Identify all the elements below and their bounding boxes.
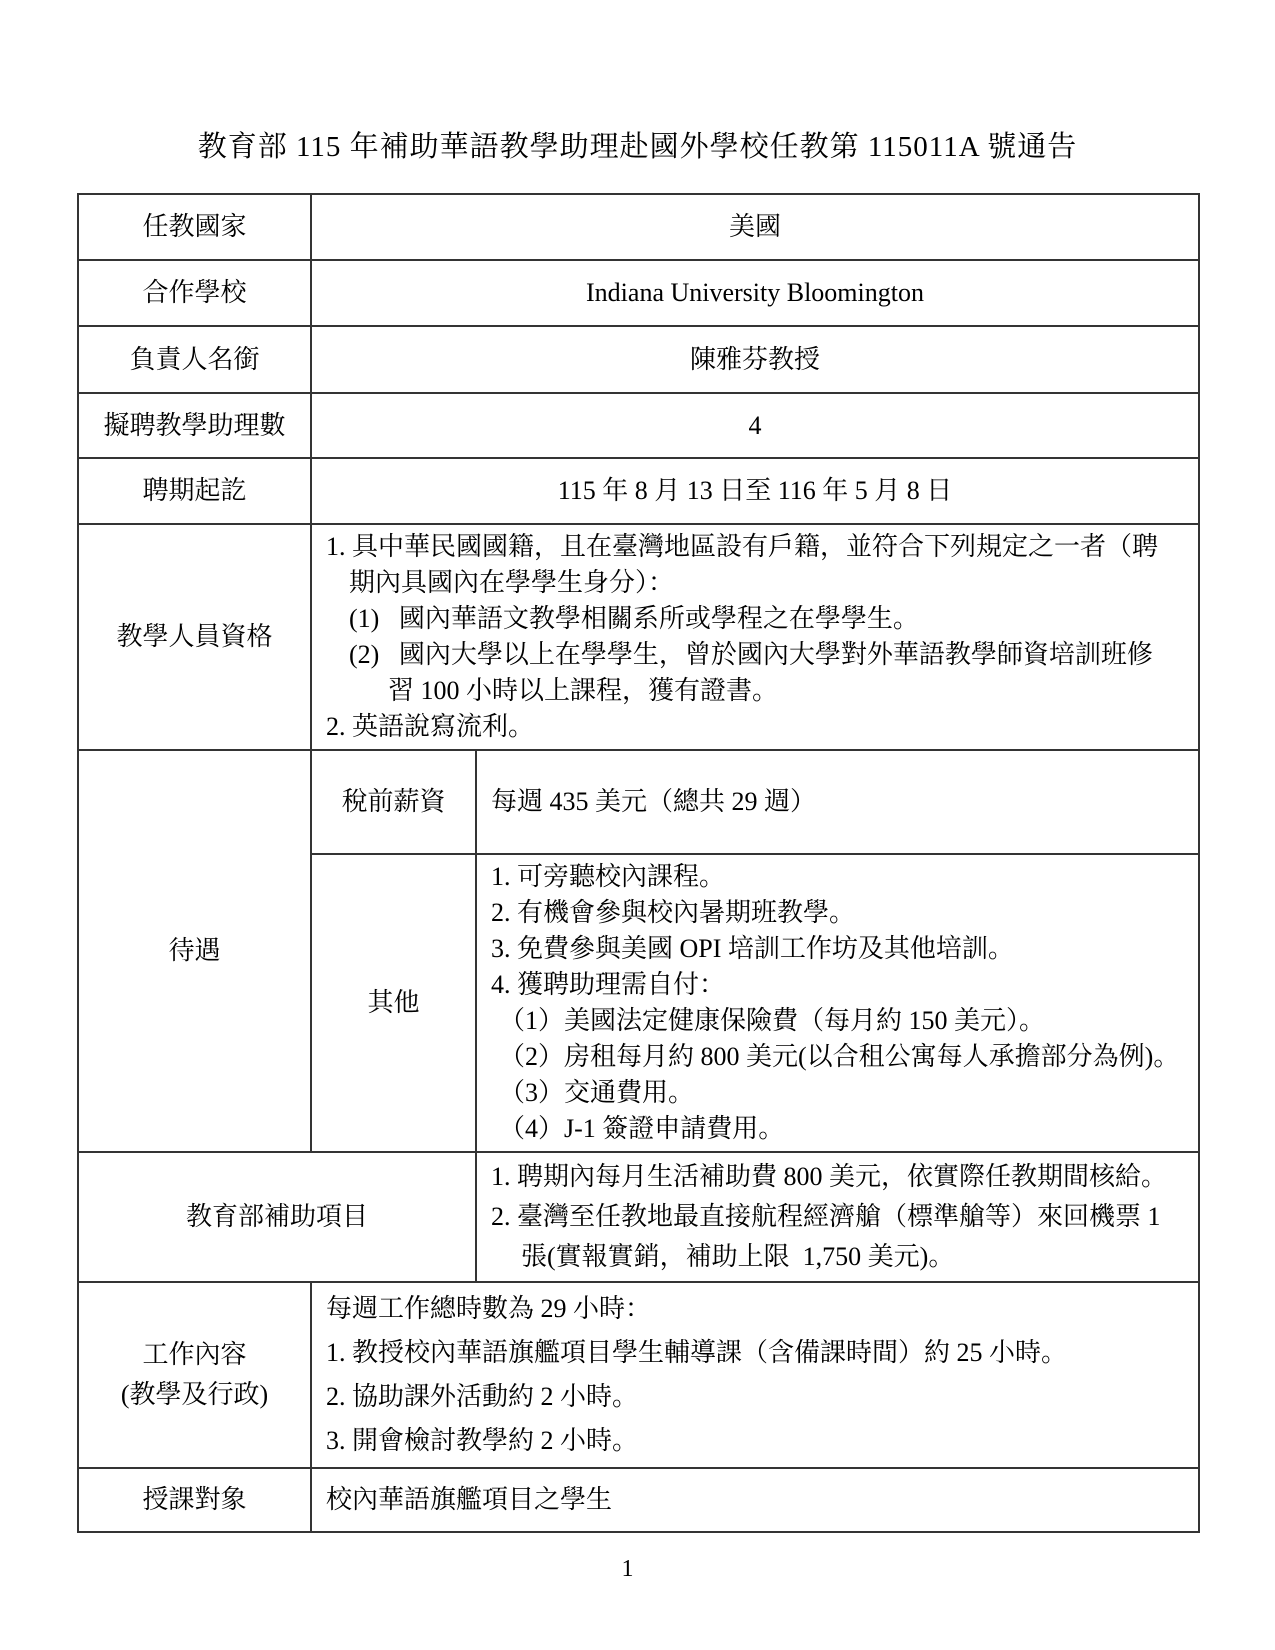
duties-lines: 每週工作總時數為 29 小時：1. 教授校內華語旗艦項目學生輔導課（含備課時間）…	[326, 1287, 1190, 1463]
row-value-school: Indiana University Bloomington	[311, 260, 1199, 326]
text-line: 1. 可旁聽校內課程。	[491, 859, 1190, 895]
text-line: 習 100 小時以上課程，獲有證書。	[326, 673, 1190, 709]
document-page: 教育部 115 年補助華語教學助理赴國外學校任教第 115011A 號通告 任教…	[0, 0, 1275, 1650]
text-line: 每週工作總時數為 29 小時：	[326, 1287, 1190, 1331]
qualification-content: 1. 具中華民國國籍，且在臺灣地區設有戶籍，並符合下列規定之一者（聘期內具國內在…	[311, 524, 1199, 750]
text-line: （3）交通費用。	[491, 1075, 1190, 1111]
row-label-audience: 授課對象	[78, 1468, 311, 1532]
duties-content: 每週工作總時數為 29 小時：1. 教授校內華語旗艦項目學生輔導課（含備課時間）…	[311, 1282, 1199, 1468]
subsidy-lines: 1. 聘期內每月生活補助費 800 美元，依實際任教期間核給。2. 臺灣至任教地…	[491, 1157, 1190, 1277]
page-number: 1	[0, 1556, 1255, 1583]
table-row: 擬聘教學助理數 4	[78, 393, 1199, 458]
text-line: (2) 國內大學以上在學學生，曾於國內大學對外華語教學師資培訓班修	[326, 637, 1190, 673]
row-value-ta-count: 4	[311, 393, 1199, 458]
other-benefit-lines: 1. 可旁聽校內課程。2. 有機會參與校內暑期班教學。3. 免費參與美國 OPI…	[491, 859, 1190, 1147]
row-label-country: 任教國家	[78, 194, 311, 260]
text-line: 3. 開會檢討教學約 2 小時。	[326, 1419, 1190, 1463]
row-label-compensation: 待遇	[78, 750, 311, 1152]
text-line: 2. 英語說寫流利。	[326, 709, 1190, 745]
row-label-duties: 工作內容 (教學及行政)	[78, 1282, 311, 1468]
text-line: 4. 獲聘助理需自付：	[491, 967, 1190, 1003]
row-label-contact: 負責人名銜	[78, 326, 311, 393]
table-row-duties: 工作內容 (教學及行政) 每週工作總時數為 29 小時：1. 教授校內華語旗艦項…	[78, 1282, 1199, 1468]
table-row: 合作學校 Indiana University Bloomington	[78, 260, 1199, 326]
qualification-lines: 1. 具中華民國國籍，且在臺灣地區設有戶籍，並符合下列規定之一者（聘期內具國內在…	[326, 529, 1190, 745]
other-benefits-content: 1. 可旁聽校內課程。2. 有機會參與校內暑期班教學。3. 免費參與美國 OPI…	[476, 854, 1199, 1152]
duties-label-line1: 工作內容	[79, 1335, 310, 1375]
notice-table: 任教國家 美國 合作學校 Indiana University Blooming…	[77, 193, 1200, 1533]
table-row-audience: 授課對象 校內華語旗艦項目之學生	[78, 1468, 1199, 1532]
table-row-subsidy: 教育部補助項目 1. 聘期內每月生活補助費 800 美元，依實際任教期間核給。2…	[78, 1152, 1199, 1282]
table-row-qualification: 教學人員資格 1. 具中華民國國籍，且在臺灣地區設有戶籍，並符合下列規定之一者（…	[78, 524, 1199, 750]
table-row: 聘期起訖 115 年 8 月 13 日至 116 年 5 月 8 日	[78, 458, 1199, 524]
text-line: （4）J-1 簽證申請費用。	[491, 1111, 1190, 1147]
table-row: 負責人名銜 陳雅芬教授	[78, 326, 1199, 393]
audience-content: 校內華語旗艦項目之學生	[311, 1468, 1199, 1532]
row-value-contact: 陳雅芬教授	[311, 326, 1199, 393]
text-line: 2. 臺灣至任教地最直接航程經濟艙（標準艙等）來回機票 1	[491, 1197, 1190, 1237]
row-label-qualification: 教學人員資格	[78, 524, 311, 750]
text-line: 1. 聘期內每月生活補助費 800 美元，依實際任教期間核給。	[491, 1157, 1190, 1197]
subsidy-content: 1. 聘期內每月生活補助費 800 美元，依實際任教期間核給。2. 臺灣至任教地…	[476, 1152, 1199, 1282]
text-line: （1）美國法定健康保險費（每月約 150 美元）。	[491, 1003, 1190, 1039]
table-row-salary: 待遇 稅前薪資 每週 435 美元（總共 29 週）	[78, 750, 1199, 854]
row-label-school: 合作學校	[78, 260, 311, 326]
duties-label-line2: (教學及行政)	[79, 1375, 310, 1415]
text-line: 2. 有機會參與校內暑期班教學。	[491, 895, 1190, 931]
row-label-ta-count: 擬聘教學助理數	[78, 393, 311, 458]
text-line: 期內具國內在學學生身分）：	[326, 565, 1190, 601]
text-line: 3. 免費參與美國 OPI 培訓工作坊及其他培訓。	[491, 931, 1190, 967]
row-label-salary: 稅前薪資	[311, 750, 476, 854]
text-line: 2. 協助課外活動約 2 小時。	[326, 1375, 1190, 1419]
text-line: 張(實報實銷，補助上限 1,750 美元)。	[491, 1237, 1190, 1277]
row-value-period: 115 年 8 月 13 日至 116 年 5 月 8 日	[311, 458, 1199, 524]
row-label-subsidy: 教育部補助項目	[78, 1152, 476, 1282]
audience-value: 校內華語旗艦項目之學生	[326, 1482, 1190, 1518]
row-label-other: 其他	[311, 854, 476, 1152]
document-title: 教育部 115 年補助華語教學助理赴國外學校任教第 115011A 號通告	[0, 128, 1275, 166]
table-row: 任教國家 美國	[78, 194, 1199, 260]
row-value-country: 美國	[311, 194, 1199, 260]
row-label-period: 聘期起訖	[78, 458, 311, 524]
salary-value: 每週 435 美元（總共 29 週）	[476, 750, 1199, 854]
text-line: （2）房租每月約 800 美元(以合租公寓每人承擔部分為例)。	[491, 1039, 1190, 1075]
text-line: 1. 教授校內華語旗艦項目學生輔導課（含備課時間）約 25 小時。	[326, 1331, 1190, 1375]
text-line: (1) 國內華語文教學相關系所或學程之在學學生。	[326, 601, 1190, 637]
text-line: 1. 具中華民國國籍，且在臺灣地區設有戶籍，並符合下列規定之一者（聘	[326, 529, 1190, 565]
